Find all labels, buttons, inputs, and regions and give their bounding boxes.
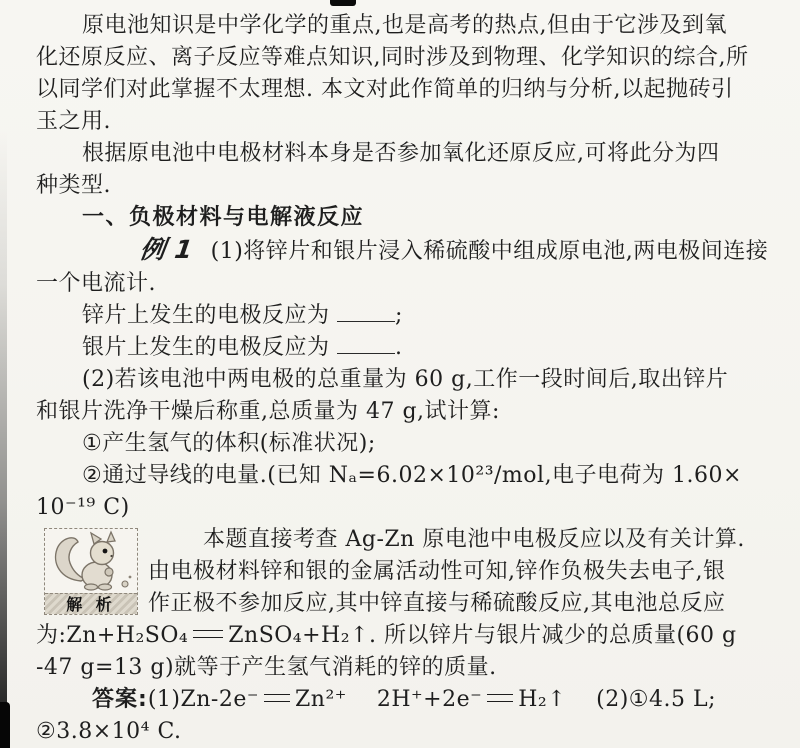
analysis-section: 解 析 本题直接考查 Ag-Zn 原电池中电极反应以及有关计算. 由电极材料锌和… (36, 524, 782, 684)
answer-label: 答案: (92, 687, 148, 712)
analysis-section-label: 解 析 (45, 593, 137, 614)
answer-equation-segment: H₂↑ (2)①4.5 L; (518, 687, 716, 712)
example-intro-line: 一个电流计. (36, 268, 782, 300)
answer-line: 答案:(1)Zn-2e⁻Zn²⁺ 2H⁺+2e⁻H₂↑ (2)①4.5 L; (36, 684, 782, 716)
intro-paragraph-line: 玉之用. (36, 106, 782, 138)
question-part2-line: (2)若该电池中两电极的总重量为 60 g,工作一段时间后,取出锌片 (36, 364, 782, 396)
analysis-equation-line: 为:Zn+H₂SO₄ZnSO₄+H₂↑. 所以锌片与银片减少的总质量(60 g (36, 620, 782, 652)
fill-blank-line-silver: 银片上发生的电极反应为 . (36, 332, 782, 364)
question-part2-line: 和银片洗净干燥后称重,总质量为 47 g,试计算: (36, 396, 782, 428)
double-equals-sign (193, 630, 223, 638)
question-item-2-line: 10⁻¹⁹ C) (36, 492, 782, 524)
answer-line: ②3.8×10⁴ C. (36, 716, 782, 748)
fill-blank-pre: 银片上发生的电极反应为 (82, 335, 330, 360)
double-equals-sign (264, 694, 290, 702)
equation-lhs: 为:Zn+H₂SO₄ (36, 623, 188, 648)
analysis-text-line: 本题直接考查 Ag-Zn 原电池中电极反应以及有关计算. (36, 524, 782, 556)
double-equals-sign (487, 694, 513, 702)
answer-equation-segment: Zn²⁺ 2H⁺+2e⁻ (295, 687, 482, 712)
analysis-icon-box: 解 析 (44, 528, 138, 615)
example-intro-text: (1)将锌片和银片浸入稀硫酸中组成原电池,两电极间连接 (211, 239, 769, 264)
answer-equation-segment: (1)Zn-2e⁻ (148, 687, 259, 712)
example-number-label: 例 1 (86, 234, 195, 266)
answer-blank-silver (337, 334, 395, 354)
equation-rhs: ZnSO₄+H₂↑. 所以锌片与银片减少的总质量(60 g (228, 623, 736, 648)
classification-paragraph-line: 种类型. (36, 170, 782, 202)
example-intro-line: 例 1(1)将锌片和银片浸入稀硫酸中组成原电池,两电极间连接 (36, 234, 782, 268)
fill-blank-pre: 锌片上发生的电极反应为 (82, 303, 330, 328)
question-item-2-line: ②通过导线的电量.(已知 Nₐ=6.02×10²³/mol,电子电荷为 1.60… (36, 460, 782, 492)
fill-blank-line-zinc: 锌片上发生的电极反应为 ; (36, 300, 782, 332)
classification-paragraph-line: 根据原电池中电极材料本身是否参加氧化还原反应,可将此分为四 (36, 138, 782, 170)
document-page: 原电池知识是中学化学的重点,也是高考的热点,但由于它涉及到氧 化还原反应、离子反… (0, 0, 800, 748)
intro-paragraph-line: 以同学们对此掌握不太理想. 本文对此作简单的归纳与分析,以起抛砖引 (36, 74, 782, 106)
analysis-text-line: 作正极不参加反应,其中锌直接与稀硫酸反应,其电池总反应 (36, 588, 782, 620)
question-item-1: ①产生氢气的体积(标准状况); (36, 428, 782, 460)
section-heading: 一、负极材料与电解液反应 (36, 202, 782, 234)
intro-paragraph-line: 原电池知识是中学化学的重点,也是高考的热点,但由于它涉及到氧 (36, 10, 782, 42)
fill-blank-post: . (395, 335, 403, 360)
fill-blank-post: ; (395, 303, 403, 328)
answer-blank-zinc (337, 302, 395, 322)
article-content: 原电池知识是中学化学的重点,也是高考的热点,但由于它涉及到氧 化还原反应、离子反… (0, 0, 800, 748)
squirrel-icon (45, 529, 137, 593)
intro-paragraph-line: 化还原反应、离子反应等难点知识,同时涉及到物理、化学知识的综合,所 (36, 42, 782, 74)
analysis-text-line: 由电极材料锌和银的金属活动性可知,锌作负极失去电子,银 (36, 556, 782, 588)
analysis-text-line: -47 g=13 g)就等于产生氢气消耗的锌的质量. (36, 652, 782, 684)
